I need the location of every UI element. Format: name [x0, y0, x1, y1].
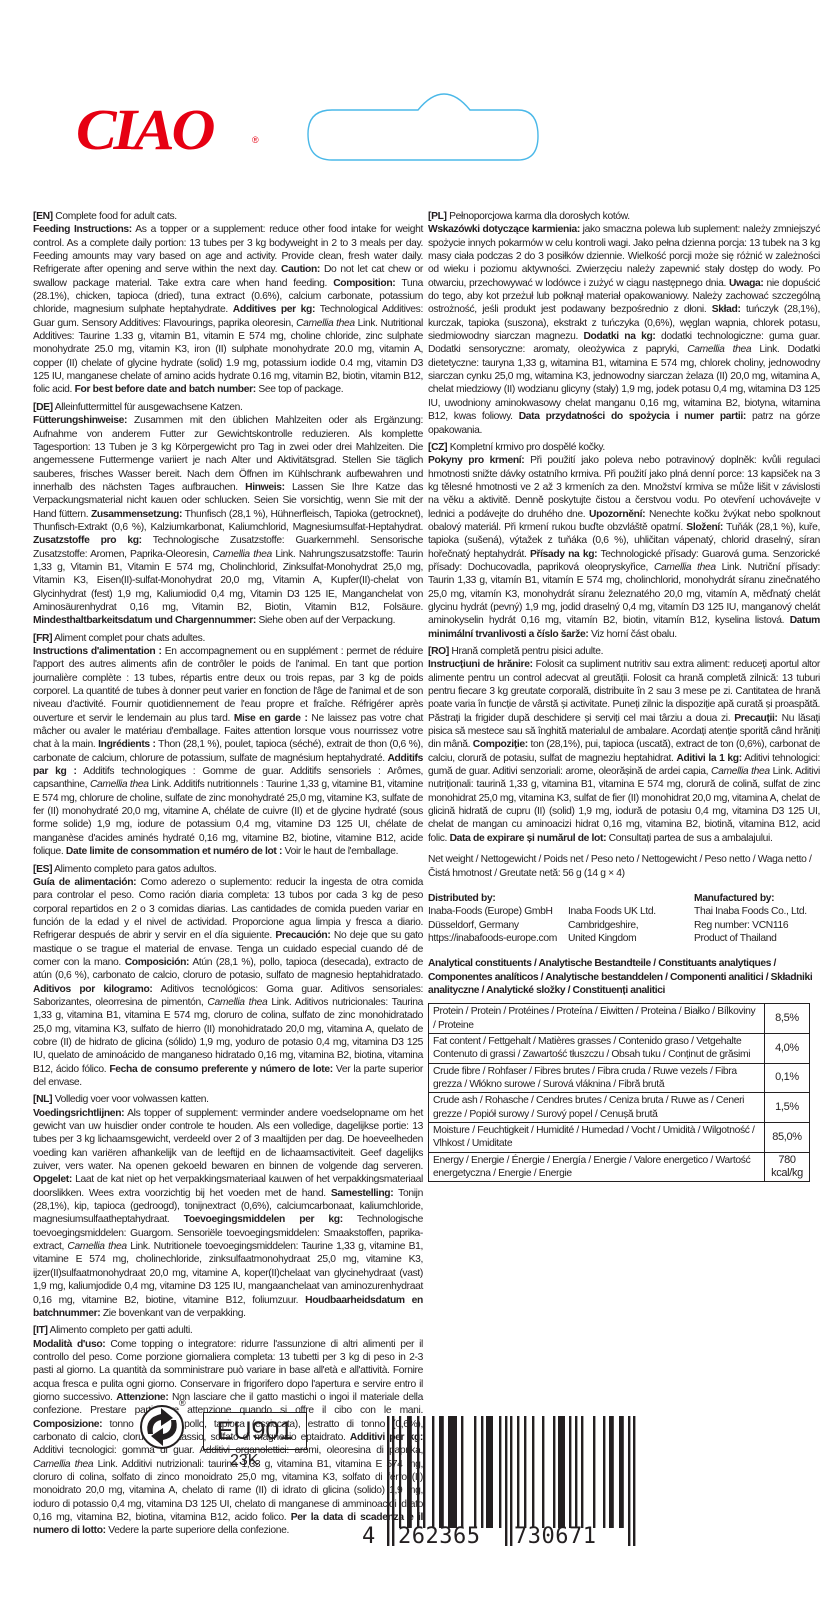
section-es: [ES] Alimento completo para gatos adulto… — [33, 863, 423, 1090]
section-title: [EN] Complete food for adult cats. — [33, 210, 423, 223]
eu-code-sub: 23K — [230, 1452, 258, 1470]
constituent-label: Crude fibre / Rohfaser / Fibres brutes /… — [429, 1063, 765, 1093]
language-tag: [FR] — [33, 633, 52, 644]
distribution-info: Distributed by: Manufactured by: Inaba-F… — [428, 892, 820, 945]
barcode-digits-left: 262365 — [398, 1524, 480, 1549]
net-weight: Net weight / Nettogewicht / Poids net / … — [428, 853, 820, 880]
language-tag: [ES] — [33, 864, 52, 875]
analytical-constituents-table: Protein / Protein / Protéines / Proteína… — [428, 1003, 810, 1182]
section-body: Pokyny pro krmení: Při použití jako pole… — [428, 454, 820, 641]
language-tag: [IT] — [33, 1325, 48, 1336]
language-tag: [RO] — [428, 646, 449, 657]
section-body: Guía de alimentación: Como aderezo o sup… — [33, 876, 423, 1090]
section-title: [ES] Alimento completo para gatos adulto… — [33, 863, 423, 876]
label-text-right-column: [PL] Pełnoporcjowa karma dla dorosłych k… — [428, 210, 820, 1182]
manufacturer-origin: Product of Thailand — [694, 932, 824, 945]
section-body: Instructions d'alimentation : En accompa… — [33, 645, 423, 859]
section-title: [DE] Alleinfuttermittel für ausgewachsen… — [33, 401, 423, 414]
section-cz: [CZ] Kompletní krmivo pro dospělé kočky.… — [428, 441, 820, 641]
constituent-value: 8,5% — [765, 1004, 810, 1034]
section-nl: [NL] Volledig voer voor volwassen katten… — [33, 1093, 423, 1320]
barcode-digits-right: 730671 — [514, 1524, 596, 1549]
constituent-value: 780 kcal/kg — [765, 1152, 810, 1182]
section-title: [IT] Alimento completo per gatti adulti. — [33, 1324, 423, 1337]
ciao-logo: CIAO ® — [76, 100, 266, 160]
distributor-uk-county: Cambridgeshire, — [568, 919, 694, 932]
section-body: Instrucțiuni de hrănire: Folosit ca supl… — [428, 658, 820, 845]
section-title: [FR] Aliment complet pour chats adultes. — [33, 632, 423, 645]
language-tag: [NL] — [33, 1094, 52, 1105]
constituent-label: Protein / Protein / Protéines / Proteína… — [429, 1004, 765, 1034]
section-body: Voedingsrichtlijnen: Als topper of suppl… — [33, 1107, 423, 1321]
manufacturer-name: Thai Inaba Foods Co., Ltd. — [694, 905, 824, 918]
constituent-label: Crude ash / Rohasche / Cendres brutes / … — [429, 1093, 765, 1123]
window-outline-shape — [306, 82, 540, 162]
section-title: [NL] Volledig voer voor volwassen katten… — [33, 1093, 423, 1106]
section-title: [CZ] Kompletní krmivo pro dospělé kočky. — [428, 441, 820, 454]
green-dot-registered-mark: ® — [179, 1398, 186, 1408]
manufactured-by-label: Manufactured by: — [694, 892, 824, 905]
constituent-value: 85,0% — [765, 1123, 810, 1153]
constituent-label: Moisture / Feuchtigkeit / Humidité / Hum… — [429, 1123, 765, 1153]
language-tag: [EN] — [33, 211, 53, 222]
logo-text: CIAO — [76, 100, 212, 160]
section-title: [RO] Hrană completă pentru pisici adulte… — [428, 645, 820, 658]
section-body: Wskazówki dotyczące karmienia: jako smac… — [428, 223, 820, 437]
barcode-digit-first: 4 — [362, 1524, 375, 1549]
table-row: Crude fibre / Rohfaser / Fibres brutes /… — [429, 1063, 810, 1093]
registered-mark: ® — [252, 135, 259, 145]
table-row: Energy / Energie / Énergie / Energía / E… — [429, 1152, 810, 1182]
constituent-label: Energy / Energie / Énergie / Energía / E… — [429, 1152, 765, 1182]
distributor-uk-country: United Kingdom — [568, 932, 694, 945]
label-text-left-column: [EN] Complete food for adult cats.Feedin… — [33, 210, 423, 1542]
eu-code-box: EU901 — [203, 1412, 307, 1450]
language-tag: [PL] — [428, 211, 447, 222]
table-row: Crude ash / Rohasche / Cendres brutes / … — [429, 1093, 810, 1123]
section-ro: [RO] Hrană completă pentru pisici adulte… — [428, 645, 820, 845]
section-en: [EN] Complete food for adult cats.Feedin… — [33, 210, 423, 397]
table-row: Moisture / Feuchtigkeit / Humidité / Hum… — [429, 1123, 810, 1153]
green-dot-recycling-icon — [139, 1404, 185, 1450]
table-row: Fat content / Fettgehalt / Matières gras… — [429, 1033, 810, 1063]
constituent-value: 4,0% — [765, 1033, 810, 1063]
section-fr: [FR] Aliment complet pour chats adultes.… — [33, 632, 423, 859]
distributor-uk-name: Inaba Foods UK Ltd. — [568, 905, 694, 918]
language-tag: [CZ] — [428, 442, 447, 453]
section-body: Fütterungshinweise: Zusammen mit den übl… — [33, 414, 423, 628]
distributor-eu-url: https://inabafoods-europe.com — [428, 932, 568, 945]
analytical-constituents-title: Analytical constituents / Analytische Be… — [428, 957, 820, 997]
section-de: [DE] Alleinfuttermittel für ausgewachsen… — [33, 401, 423, 628]
section-title: [PL] Pełnoporcjowa karma dla dorosłych k… — [428, 210, 820, 223]
constituent-value: 0,1% — [765, 1063, 810, 1093]
constituent-label: Fat content / Fettgehalt / Matières gras… — [429, 1033, 765, 1063]
manufacturer-reg: Reg number: VCN116 — [694, 919, 824, 932]
language-tag: [DE] — [33, 402, 53, 413]
section-pl: [PL] Pełnoporcjowa karma dla dorosłych k… — [428, 210, 820, 437]
distributor-eu-city: Düsseldorf, Germany — [428, 919, 568, 932]
distributor-eu-name: Inaba-Foods (Europe) GmbH — [428, 905, 568, 918]
table-row: Protein / Protein / Protéines / Proteína… — [429, 1004, 810, 1034]
constituent-value: 1,5% — [765, 1093, 810, 1123]
section-body: Feeding Instructions: As a topper or a s… — [33, 223, 423, 396]
distributed-by-label: Distributed by: — [428, 892, 568, 905]
